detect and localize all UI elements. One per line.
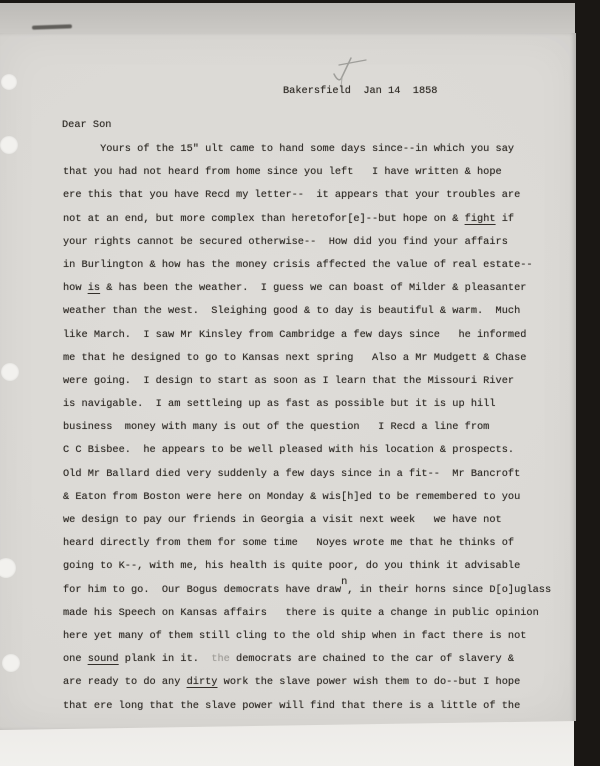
letter-line: & Eaton from Boston were here on Monday … xyxy=(63,486,551,509)
letter-page: Bakersfield Jan 14 1858 Dear Son Yours o… xyxy=(0,33,576,730)
letter-line: Yours of the 15" ult came to hand some d… xyxy=(63,138,551,161)
dateline: Bakersfield Jan 14 1858 xyxy=(283,85,437,97)
letter-line: Old Mr Ballard died very suddenly a few … xyxy=(63,463,551,486)
letter-line: C C Bisbee. he appears to be well please… xyxy=(63,439,551,462)
letter-line: were going. I design to start as soon as… xyxy=(63,370,551,393)
letter-line: in Burlington & how has the money crisis… xyxy=(63,254,551,277)
letter-line: for him to go. Our Bogus democrats have … xyxy=(63,579,551,602)
letter-line: going to K--, with me, his health is qui… xyxy=(63,555,551,578)
punch-hole xyxy=(0,136,18,154)
letter-line: me that he designed to go to Kansas next… xyxy=(63,347,551,370)
punch-hole xyxy=(1,74,17,90)
letter-body: Yours of the 15" ult came to hand some d… xyxy=(63,138,551,718)
punch-hole xyxy=(0,558,16,578)
pencil-checkmark-icon xyxy=(330,55,372,89)
letter-line: we design to pay our friends in Georgia … xyxy=(63,509,551,532)
letter-line: ere this that you have Recd my letter-- … xyxy=(63,184,551,207)
letter-line: weather than the west. Sleighing good & … xyxy=(63,300,551,323)
letter-line: how is & has been the weather. I guess w… xyxy=(63,277,551,300)
salutation: Dear Son xyxy=(62,119,111,131)
letter-line: one sound plank in it. the democrats are… xyxy=(63,648,551,671)
document-scan: Bakersfield Jan 14 1858 Dear Son Yours o… xyxy=(0,0,600,766)
punch-hole xyxy=(2,654,20,672)
letter-line: not at an end, but more complex than her… xyxy=(63,208,551,231)
letter-line: that ere long that the slave power will … xyxy=(63,695,551,718)
punch-hole xyxy=(1,363,19,381)
letter-line: made his Speech on Kansas affairs there … xyxy=(63,602,551,625)
letter-line: like March. I saw Mr Kinsley from Cambri… xyxy=(63,324,551,347)
pencil-smudge xyxy=(32,24,72,29)
letter-line: are ready to do any dirty work the slave… xyxy=(63,671,551,694)
letter-line: business money with many is out of the q… xyxy=(63,416,551,439)
letter-line: here yet many of them still cling to the… xyxy=(63,625,551,648)
letter-line: is navigable. I am settleing up as fast … xyxy=(63,393,551,416)
letter-line: your rights cannot be secured otherwise-… xyxy=(63,231,551,254)
letter-line: that you had not heard from home since y… xyxy=(63,161,551,184)
letter-line: heard directly from them for some time N… xyxy=(63,532,551,555)
back-page-edge xyxy=(0,3,575,33)
